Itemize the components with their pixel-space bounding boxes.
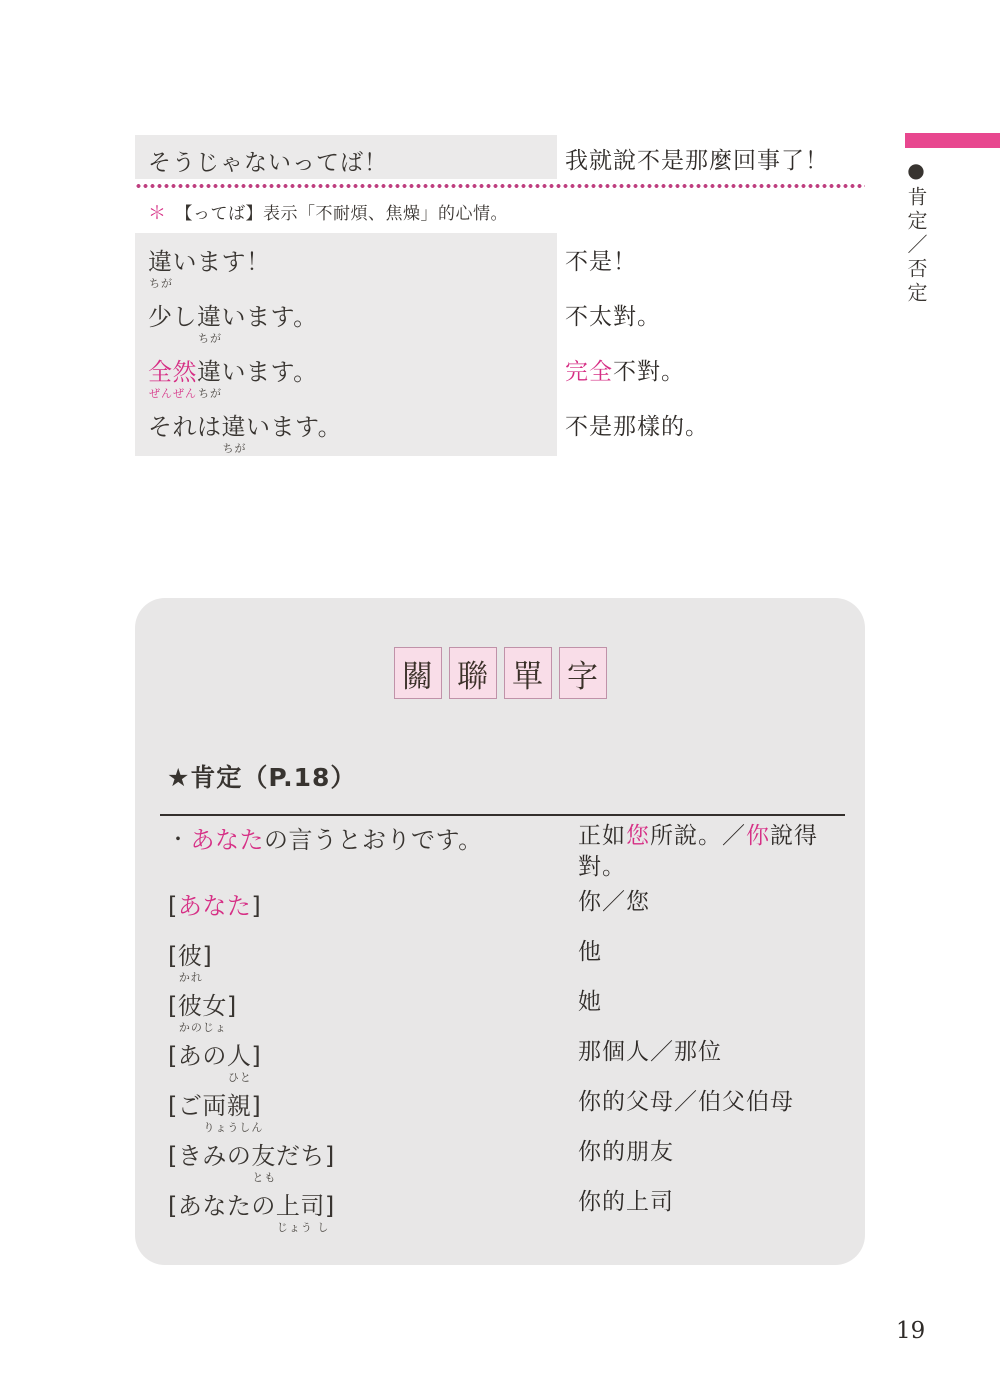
note: ＊【ってば】表示「不耐煩、焦燥」的心情。 bbox=[148, 199, 508, 225]
zh-text: 不是！ bbox=[565, 249, 637, 275]
ruby-group: 違ちが bbox=[197, 352, 222, 387]
headline-japanese: そうじゃないってば！ bbox=[148, 144, 388, 177]
vocab-term: [あの人ひと] bbox=[168, 1036, 261, 1071]
vocab-row: ・あなたの言うとおりです。 正如您所說。／你說得對。 bbox=[135, 818, 865, 884]
furigana: じょう し bbox=[277, 1222, 330, 1233]
jp-text: あの bbox=[178, 1042, 227, 1070]
bracket: [ bbox=[168, 1042, 178, 1070]
vocab-row: [あの人ひと] 那個人／那位 bbox=[135, 1034, 865, 1084]
phrase-row: それは違ちがいます。 不是那樣的。 bbox=[135, 398, 865, 453]
jp-text: あなたの bbox=[178, 1192, 276, 1220]
ruby-group: 違ちが bbox=[197, 297, 222, 332]
related-title-char-box: 關 bbox=[394, 647, 442, 699]
bracket: [ bbox=[168, 892, 178, 920]
phrase-row: 少し違ちがいます。 不太對。 bbox=[135, 288, 865, 343]
bracket: [ bbox=[168, 1192, 178, 1220]
note-text: 【ってば】表示「不耐煩、焦燥」的心情。 bbox=[176, 204, 509, 224]
jp-text: います！ bbox=[173, 248, 271, 276]
zh-text: 對。 bbox=[578, 854, 626, 880]
bracket: [ bbox=[168, 1142, 178, 1170]
chapter-tab-bar bbox=[905, 133, 1000, 148]
phrase-table: 違ちがいます！ 不是！ 少し違ちがいます。 不太對。 全然ぜんぜん違ちがいます。… bbox=[135, 233, 865, 453]
section-divider-line bbox=[160, 814, 845, 816]
vocab-row: [彼かれ] 他 bbox=[135, 934, 865, 984]
jp-text: 人 bbox=[227, 1042, 252, 1070]
jp-text: の言うとおりです。 bbox=[264, 826, 483, 854]
jp-text-highlight: 全然 bbox=[148, 358, 197, 386]
vocab-row: [ご両親りょうしん] 你的父母／伯父伯母 bbox=[135, 1084, 865, 1134]
zh-text: 不對。 bbox=[613, 359, 685, 385]
vocab-row: [彼女かのじょ] 她 bbox=[135, 984, 865, 1034]
ruby-group: 彼女かのじょ bbox=[178, 986, 227, 1021]
bracket: ] bbox=[325, 1192, 335, 1220]
jp-text: 彼 bbox=[178, 942, 203, 970]
zh-text-highlight: 您 bbox=[626, 823, 650, 849]
jp-text: 違 bbox=[148, 248, 173, 276]
furigana: とも bbox=[252, 1172, 276, 1183]
phrase-japanese: 違ちがいます！ bbox=[148, 242, 271, 277]
vocab-translation: 她 bbox=[578, 987, 602, 1018]
ruby-group: 全然ぜんぜん bbox=[148, 352, 197, 387]
jp-text-highlight: あなた bbox=[178, 892, 252, 920]
phrase-chinese: 不是！ bbox=[565, 243, 637, 276]
vocab-term: [ご両親りょうしん] bbox=[168, 1086, 261, 1121]
related-title-char-box: 單 bbox=[504, 647, 552, 699]
jp-text: 上司 bbox=[276, 1192, 325, 1220]
phrase-japanese: 少し違ちがいます。 bbox=[148, 297, 318, 332]
bracket: ] bbox=[251, 1092, 261, 1120]
zh-text-highlight: 你 bbox=[746, 823, 770, 849]
bracket: ] bbox=[202, 942, 212, 970]
bracket: [ bbox=[168, 1092, 178, 1120]
vocab-term: ・あなたの言うとおりです。 bbox=[168, 820, 483, 855]
ruby-group: 友とも bbox=[251, 1136, 276, 1171]
jp-text: います。 bbox=[222, 303, 318, 331]
related-words-panel: 關 聯 單 字 ★肯定（P.18） ・あなたの言うとおりです。 正如您所說。／你… bbox=[135, 598, 865, 1265]
ruby-group: 人ひと bbox=[227, 1036, 252, 1071]
vocab-translation: 正如您所說。／你說得對。 bbox=[578, 821, 818, 883]
bracket: [ bbox=[168, 992, 178, 1020]
jp-text: 友 bbox=[251, 1142, 276, 1170]
zh-text: 不是那樣的。 bbox=[565, 414, 709, 440]
vocab-translation: 你的父母／伯父伯母 bbox=[578, 1087, 794, 1118]
bracket: ] bbox=[251, 1042, 261, 1070]
vocab-row: [あなたの上司じょう し] 你的上司 bbox=[135, 1184, 865, 1234]
furigana: りょうしん bbox=[203, 1122, 263, 1133]
vocab-translation: 那個人／那位 bbox=[578, 1037, 722, 1068]
ruby-group: 違ちが bbox=[222, 407, 247, 442]
vocab-translation: 你／您 bbox=[578, 887, 650, 918]
ruby-group: 彼かれ bbox=[178, 936, 203, 971]
phrase-chinese: 不是那樣的。 bbox=[565, 408, 709, 441]
zh-text: 不太對。 bbox=[565, 304, 661, 330]
vocab-translation: 他 bbox=[578, 937, 602, 968]
vocab-term: [きみの友ともだち] bbox=[168, 1136, 335, 1171]
related-title-char-box: 聯 bbox=[449, 647, 497, 699]
vocab-term: [彼かれ] bbox=[168, 936, 212, 971]
related-title-char-box: 字 bbox=[559, 647, 607, 699]
jp-text: 両親 bbox=[202, 1092, 251, 1120]
vocab-term: [あなた] bbox=[168, 886, 261, 921]
related-words-title: 關 聯 單 字 bbox=[135, 647, 865, 699]
vocab-translation: 你的朋友 bbox=[578, 1137, 674, 1168]
zh-text: 所說。／ bbox=[650, 823, 746, 849]
vocab-translation: 你的上司 bbox=[578, 1187, 674, 1218]
jp-text: だち bbox=[276, 1142, 325, 1170]
bracket: ] bbox=[251, 892, 261, 920]
vocab-row: [あなた] 你／您 bbox=[135, 884, 865, 934]
vocab-list: ・あなたの言うとおりです。 正如您所說。／你說得對。 [あなた] 你／您 [彼か… bbox=[135, 818, 865, 1234]
ruby-group: 違ちが bbox=[148, 242, 173, 277]
headline-panel: そうじゃないってば！ bbox=[135, 135, 557, 179]
zh-text: 正如 bbox=[578, 823, 626, 849]
jp-text: ご bbox=[178, 1092, 203, 1120]
section-heading: ★肯定（P.18） bbox=[167, 758, 356, 794]
page-number: 19 bbox=[896, 1318, 925, 1344]
vocab-row: [きみの友ともだち] 你的朋友 bbox=[135, 1134, 865, 1184]
zh-text: 說得 bbox=[770, 823, 818, 849]
jp-text-highlight: あなた bbox=[191, 826, 265, 854]
dotted-divider bbox=[135, 183, 865, 189]
jp-text: います。 bbox=[246, 413, 342, 441]
bracket: ] bbox=[227, 992, 237, 1020]
jp-text: きみの bbox=[178, 1142, 252, 1170]
jp-text: 違 bbox=[197, 358, 222, 386]
bullet-dot: ・ bbox=[168, 827, 189, 851]
furigana: ちが bbox=[223, 443, 247, 454]
jp-text: それは bbox=[148, 413, 222, 441]
phrase-japanese: それは違ちがいます。 bbox=[148, 407, 342, 442]
ruby-group: 上司じょう し bbox=[276, 1186, 325, 1221]
vocab-term: [彼女かのじょ] bbox=[168, 986, 237, 1021]
headline-chinese: 我就說不是那麼回事了！ bbox=[565, 142, 829, 175]
phrase-row: 全然ぜんぜん違ちがいます。 完全不對。 bbox=[135, 343, 865, 398]
phrase-row: 違ちがいます！ 不是！ bbox=[135, 233, 865, 288]
asterisk-marker: ＊ bbox=[148, 203, 167, 224]
jp-text: 違 bbox=[197, 303, 222, 331]
vocab-term: [あなたの上司じょう し] bbox=[168, 1186, 335, 1221]
phrase-japanese: 全然ぜんぜん違ちがいます。 bbox=[148, 352, 318, 387]
phrase-chinese: 完全不對。 bbox=[565, 353, 685, 386]
bracket: ] bbox=[325, 1142, 335, 1170]
jp-text: います。 bbox=[222, 358, 318, 386]
chapter-tab-label: ●肯定／否定 bbox=[902, 158, 930, 306]
ruby-group: 両親りょうしん bbox=[202, 1086, 251, 1121]
zh-text-highlight: 完全 bbox=[565, 359, 613, 385]
furigana: かれ bbox=[179, 972, 203, 983]
bracket: [ bbox=[168, 942, 178, 970]
jp-text: 彼女 bbox=[178, 992, 227, 1020]
furigana: かのじょ bbox=[179, 1022, 227, 1033]
jp-text: 少し bbox=[148, 303, 197, 331]
jp-text: 違 bbox=[222, 413, 247, 441]
furigana: ひと bbox=[228, 1072, 252, 1083]
phrase-chinese: 不太對。 bbox=[565, 298, 661, 331]
